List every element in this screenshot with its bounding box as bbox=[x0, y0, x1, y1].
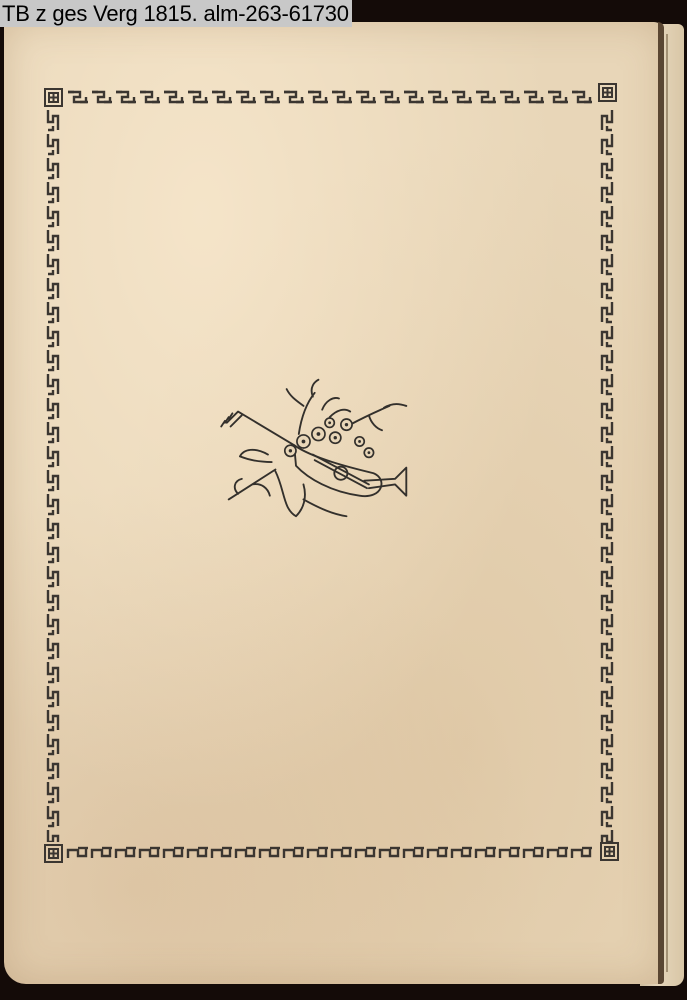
border-bottom bbox=[66, 844, 594, 862]
corner-ornament-top-left bbox=[45, 89, 62, 106]
corner-ornament-top-right bbox=[599, 84, 616, 101]
border-top bbox=[66, 88, 594, 106]
border-left bbox=[44, 108, 62, 842]
corner-ornament-bottom-right bbox=[601, 843, 618, 860]
lute-trumpet-flowers-vignette bbox=[210, 368, 425, 528]
border-right bbox=[598, 108, 616, 842]
image-caption-label: TB z ges Verg 1815. alm-263-61730 bbox=[0, 0, 352, 27]
scanned-page-view: TB z ges Verg 1815. alm-263-61730 bbox=[0, 0, 687, 1000]
corner-ornament-bottom-left bbox=[45, 845, 62, 862]
